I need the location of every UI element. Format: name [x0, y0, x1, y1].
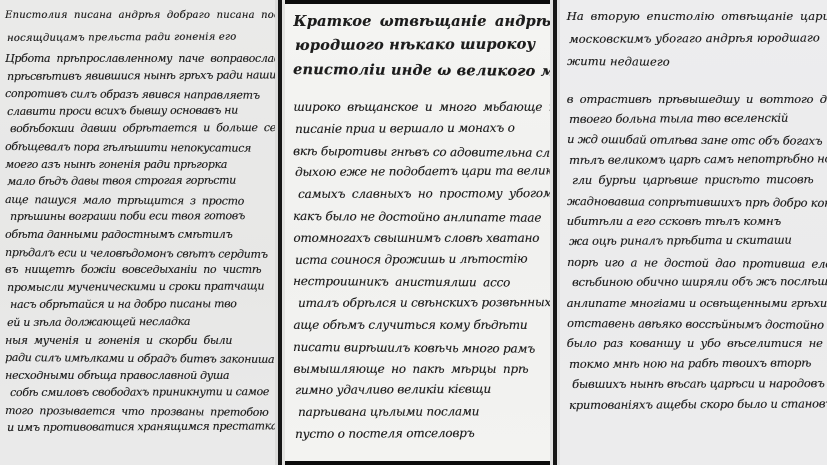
manuscript-text-line: тѣлъ великомъ царѣ самъ непотрѣбно нонѣ [569, 148, 827, 170]
manuscript-text-line: пусто о постеля отселовръ [295, 422, 549, 445]
manuscript-text-line: гимно удачливо великіи кієвщи [295, 379, 549, 402]
manuscript-text-line: прѣдалъ еси и человѣдомонъ свѣтъ сердитъ [5, 244, 273, 263]
manuscript-text-line: прѣшины вограши поби еси твоя готовъ [10, 207, 275, 226]
manuscript-text-line: вобѣбокши давши обрѣтается и больше сего [10, 119, 275, 138]
manuscript-text-line: жа оцѣ риналъ прѣбита и скиташи [569, 230, 827, 252]
manuscript-text-line: славити проси всихъ бывшу основавъ ни [7, 101, 275, 120]
manuscript-text-line: писаніе приа и вершало и монахъ о [295, 117, 549, 140]
manuscript-text-line: парѣивана цѣлыми послами [298, 401, 549, 424]
page-left-header: Епистолия писана андрѣя добраго писана п… [5, 4, 273, 50]
manuscript-text-line: епистоліи инде ω великого монаршего [293, 58, 548, 84]
page-right-body: в отрастивѣ прѣвышедшу и воттого достовъ… [567, 89, 825, 416]
manuscript-text-line: прѣсвѣтивъ явившися нынѣ грѣхъ ради наши [7, 66, 275, 85]
manuscript-page-left: Епистолия писана андрѣя добраго писана п… [0, 0, 275, 465]
manuscript-text-line: было раз кованшу и убо вѣселитися не [567, 333, 825, 353]
manuscript-page-middle: Краткое ωтвѣщаніе андрѣяюродшого нѣкако … [285, 0, 549, 465]
manuscript-text-line: обѣта данными радостнымъ смѣтилъ [5, 226, 273, 244]
manuscript-text-line: ныя мученія и гоненія и скорби были [5, 332, 273, 350]
manuscript-text-line: вымышляюще но пакѣ мѣрцы прѣ [293, 359, 547, 381]
page-middle-body: широко вѣщанское и много мьбающе твоепис… [293, 97, 547, 446]
manuscript-text-line: и имъ противоватися хранящимся престатка… [7, 418, 275, 437]
manuscript-text-line: ибитѣли а его ссковѣ тѣлъ комнъ [567, 211, 825, 231]
manuscript-text-line: жити недашего [567, 50, 825, 74]
page-right-header: На вторую епистолію отвѣщаніе цари велик… [567, 5, 825, 73]
manuscript-text-line: анлипате многіами и освѣщенными грѣхи [567, 293, 825, 313]
page-left-body: Црбота прѣпрославленному паче воправосла… [5, 50, 273, 437]
manuscript-text-line: На вторую епистолію отвѣщаніе цари велик… [567, 5, 825, 28]
manuscript-text-line: московскимъ убогаго андрѣя юродшаго [569, 26, 827, 50]
manuscript-page-right: На вторую епистолію отвѣщаніе цари велик… [560, 0, 827, 465]
manuscript-text-line: Краткое ωтвѣщаніе андрѣя [293, 10, 547, 34]
manuscript-text-line: носящдицамъ прельста ради гоненія его [7, 25, 275, 50]
manuscript-text-line: всѣбиною обично ширяли объ жъ послѣша [572, 271, 827, 292]
manuscript-text-line: критованіяхъ ащебы скоро было и становъ [569, 393, 827, 415]
manuscript-text-line: широко вѣщанское и много мьбающе твое [293, 97, 547, 119]
manuscript-text-line: собѣ смиловъ свободахъ приникнути и само… [10, 383, 275, 402]
manuscript-text-line: отставень авѣяко воссѣйнымъ достойно был… [567, 313, 825, 335]
manuscript-text-line: юродшого нѣкако широкоу [295, 32, 549, 58]
manuscript-text-line: самыхъ славныхъ но простому убогому воин… [298, 183, 549, 206]
page-middle-header: Краткое ωтвѣщаніе андрѣяюродшого нѣкако … [293, 10, 547, 82]
manuscript-text-line: жадновавша сопрѣтившихъ прѣ добро конше [567, 191, 825, 213]
manuscript-text-line: несходными обѣща православной душа [5, 367, 273, 385]
manuscript-text-line: Црбота прѣпрославленному паче воправосла… [5, 50, 273, 68]
manuscript-text-line: промысли мученическими и сроки пратчащи [7, 277, 275, 296]
manuscript-text-line: дыхою еже не подобаетъ цари та великихъ … [295, 161, 549, 184]
manuscript-text-line: какъ было не достойно анлипате таае [293, 206, 547, 230]
manuscript-scan: Епистолия писана андрѣя добраго писана п… [0, 0, 827, 465]
manuscript-text-line: гли бурѣи царѣвше присѣто тисовѣ [572, 169, 827, 190]
manuscript-text-line: въ нищетѣ божіи вовседыханіи по чистѣ [5, 261, 273, 279]
manuscript-text-line: твоего больна тыла тво вселенскій [569, 107, 827, 129]
manuscript-text-line: в отрастивѣ прѣвышедшу и воттого достовъ [567, 89, 825, 109]
manuscript-text-line: мало бѣдъ давы твоя строгая горѣсти [7, 172, 275, 191]
manuscript-text-line: ей и зѣла должающей несладка [7, 312, 275, 331]
manuscript-text-line: ради силъ имѣлками и обрадъ битвъ закони… [5, 349, 273, 368]
manuscript-text-line: италъ обрѣлся и свѣнскихъ розвѣнныхъ [298, 292, 549, 315]
manuscript-text-line: моего азъ нынѣ гоненія ради прѣгорка [5, 156, 273, 174]
manuscript-text-line: писати вирѣшилъ ковѣчь много рамъ [293, 337, 547, 361]
manuscript-text-line: насъ обрѣтайся и на добро писаны тво [10, 295, 275, 314]
manuscript-text-line: иста соинося дрожишь и лѣтостію [295, 248, 549, 271]
manuscript-text-line: обѣщевалъ пора гѣлѣшити непокусатися [5, 138, 273, 157]
manuscript-text-line: токмо мнѣ ною на рабѣ твоихъ вторѣ [569, 352, 827, 374]
manuscript-text-line: бывшихъ нынѣ вѣсаѣ царѣси и народовъ [572, 373, 827, 394]
manuscript-text-line: аще обѣмъ случиться кому бѣдѣти [293, 315, 547, 337]
manuscript-text-line: отомногахъ свышнимъ словѣ хватано [293, 228, 547, 250]
manuscript-text-line: Епистолия писана андрѣя добраго писана п… [5, 4, 273, 27]
